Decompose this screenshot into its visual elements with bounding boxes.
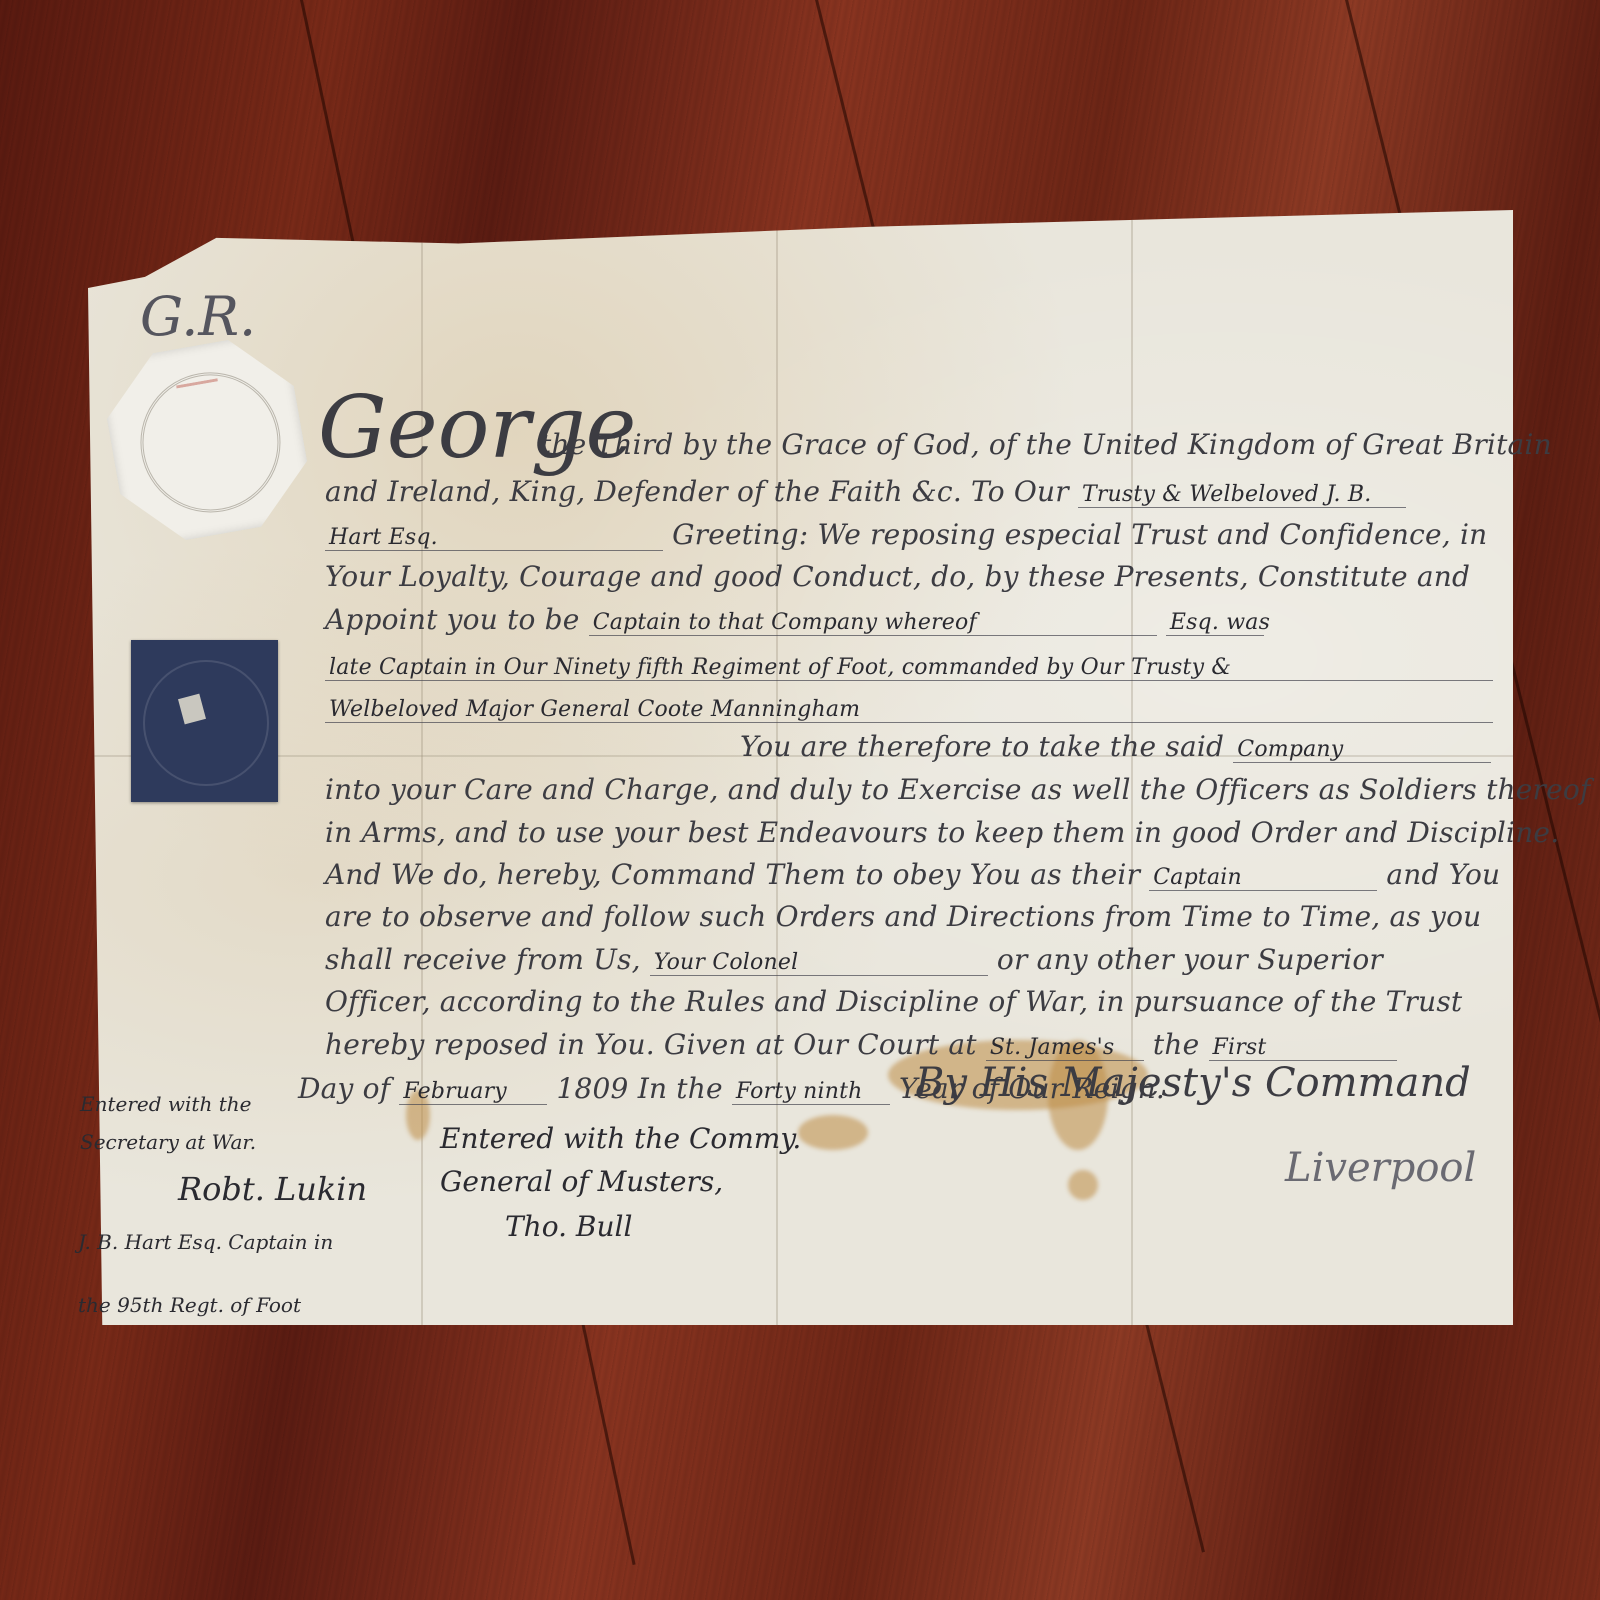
text: Appoint you to be (325, 603, 580, 636)
entered-note-2: Secretary at War. (80, 1130, 256, 1154)
body-line-6: late Captain in Our Ninety fifth Regimen… (325, 648, 1493, 681)
water-stain (1068, 1170, 1098, 1200)
body-line-11: And We do, hereby, Command Them to obey … (325, 858, 1500, 891)
blue-duty-stamp-icon (131, 640, 278, 802)
stamp-ring (143, 660, 269, 786)
text: or any other your Superior (997, 943, 1383, 976)
filled-appointment: Captain to that Company whereof (589, 610, 1157, 636)
fold-line (776, 210, 778, 1325)
filled-regiment: late Captain in Our Ninety fifth Regimen… (325, 655, 1493, 681)
filled-surname: Hart Esq. (325, 525, 663, 551)
text: and Ireland, King, Defender of the Faith… (325, 475, 1069, 508)
filled-rank: Captain (1149, 865, 1377, 891)
text: and You (1386, 858, 1500, 891)
body-line-15: hereby reposed in You. Given at Our Cour… (325, 1028, 1397, 1061)
filled-superior: Your Colonel (650, 950, 988, 976)
text: shall receive from Us, (325, 943, 641, 976)
body-line-12: are to observe and follow such Orders an… (325, 900, 1481, 933)
filled-day: First (1209, 1035, 1397, 1061)
muster-note-1: Entered with the Commy. (440, 1122, 801, 1155)
body-line-9: into your Care and Charge, and duly to E… (325, 773, 1591, 806)
filled-regnal-year: Forty ninth (732, 1079, 890, 1105)
entered-note-1: Entered with the (80, 1092, 251, 1116)
body-line-4: Your Loyalty, Courage and good Conduct, … (325, 560, 1470, 593)
water-stain (798, 1115, 868, 1150)
filled-month: February (399, 1079, 547, 1105)
command-heading: By His Majesty's Command (915, 1060, 1471, 1106)
text: hereby reposed in You. Given at Our Cour… (325, 1028, 977, 1061)
body-line-13: shall receive from Us, Your Colonel or a… (325, 943, 1383, 976)
text: Greeting: We reposing especial Trust and… (672, 518, 1487, 551)
filled-company: Company (1233, 737, 1491, 763)
liverpool-signature: Liverpool (1285, 1145, 1476, 1191)
officer-name-note: J. B. Hart Esq. Captain in (78, 1230, 333, 1254)
filled-appointment-end: Esq. was (1166, 610, 1264, 636)
body-line-3: Hart Esq. Greeting: We reposing especial… (325, 518, 1487, 551)
muster-note-2: General of Musters, (440, 1165, 723, 1198)
body-line-14: Officer, according to the Rules and Disc… (325, 985, 1462, 1018)
filled-court: St. James's (986, 1035, 1144, 1061)
body-line-7: Welbeloved Major General Coote Manningha… (325, 690, 1493, 723)
muster-signature: Tho. Bull (505, 1210, 632, 1243)
body-line-2: and Ireland, King, Defender of the Faith… (325, 475, 1406, 508)
text: the (1153, 1028, 1199, 1061)
year: 1809 (557, 1072, 629, 1105)
body-line-1: the Third by the Grace of God, of the Un… (540, 428, 1552, 461)
text: You are therefore to take the said (740, 730, 1224, 763)
body-line-10: in Arms, and to use your best Endeavours… (325, 816, 1559, 849)
royal-monogram: G.R. (140, 285, 256, 348)
regiment-note: the 95th Regt. of Foot (78, 1293, 301, 1317)
body-line-8: You are therefore to take the said Compa… (740, 730, 1491, 763)
text: In the (638, 1072, 723, 1105)
filled-name: Trusty & Welbeloved J. B. (1078, 482, 1406, 508)
body-line-5: Appoint you to be Captain to that Compan… (325, 603, 1264, 636)
fold-line (1131, 210, 1133, 1325)
seal-ring (129, 361, 291, 523)
filled-commander: Welbeloved Major General Coote Manningha… (325, 697, 1493, 723)
text: Day of (298, 1072, 390, 1105)
secretary-signature: Robt. Lukin (178, 1170, 367, 1208)
text: And We do, hereby, Command Them to obey … (325, 858, 1140, 891)
